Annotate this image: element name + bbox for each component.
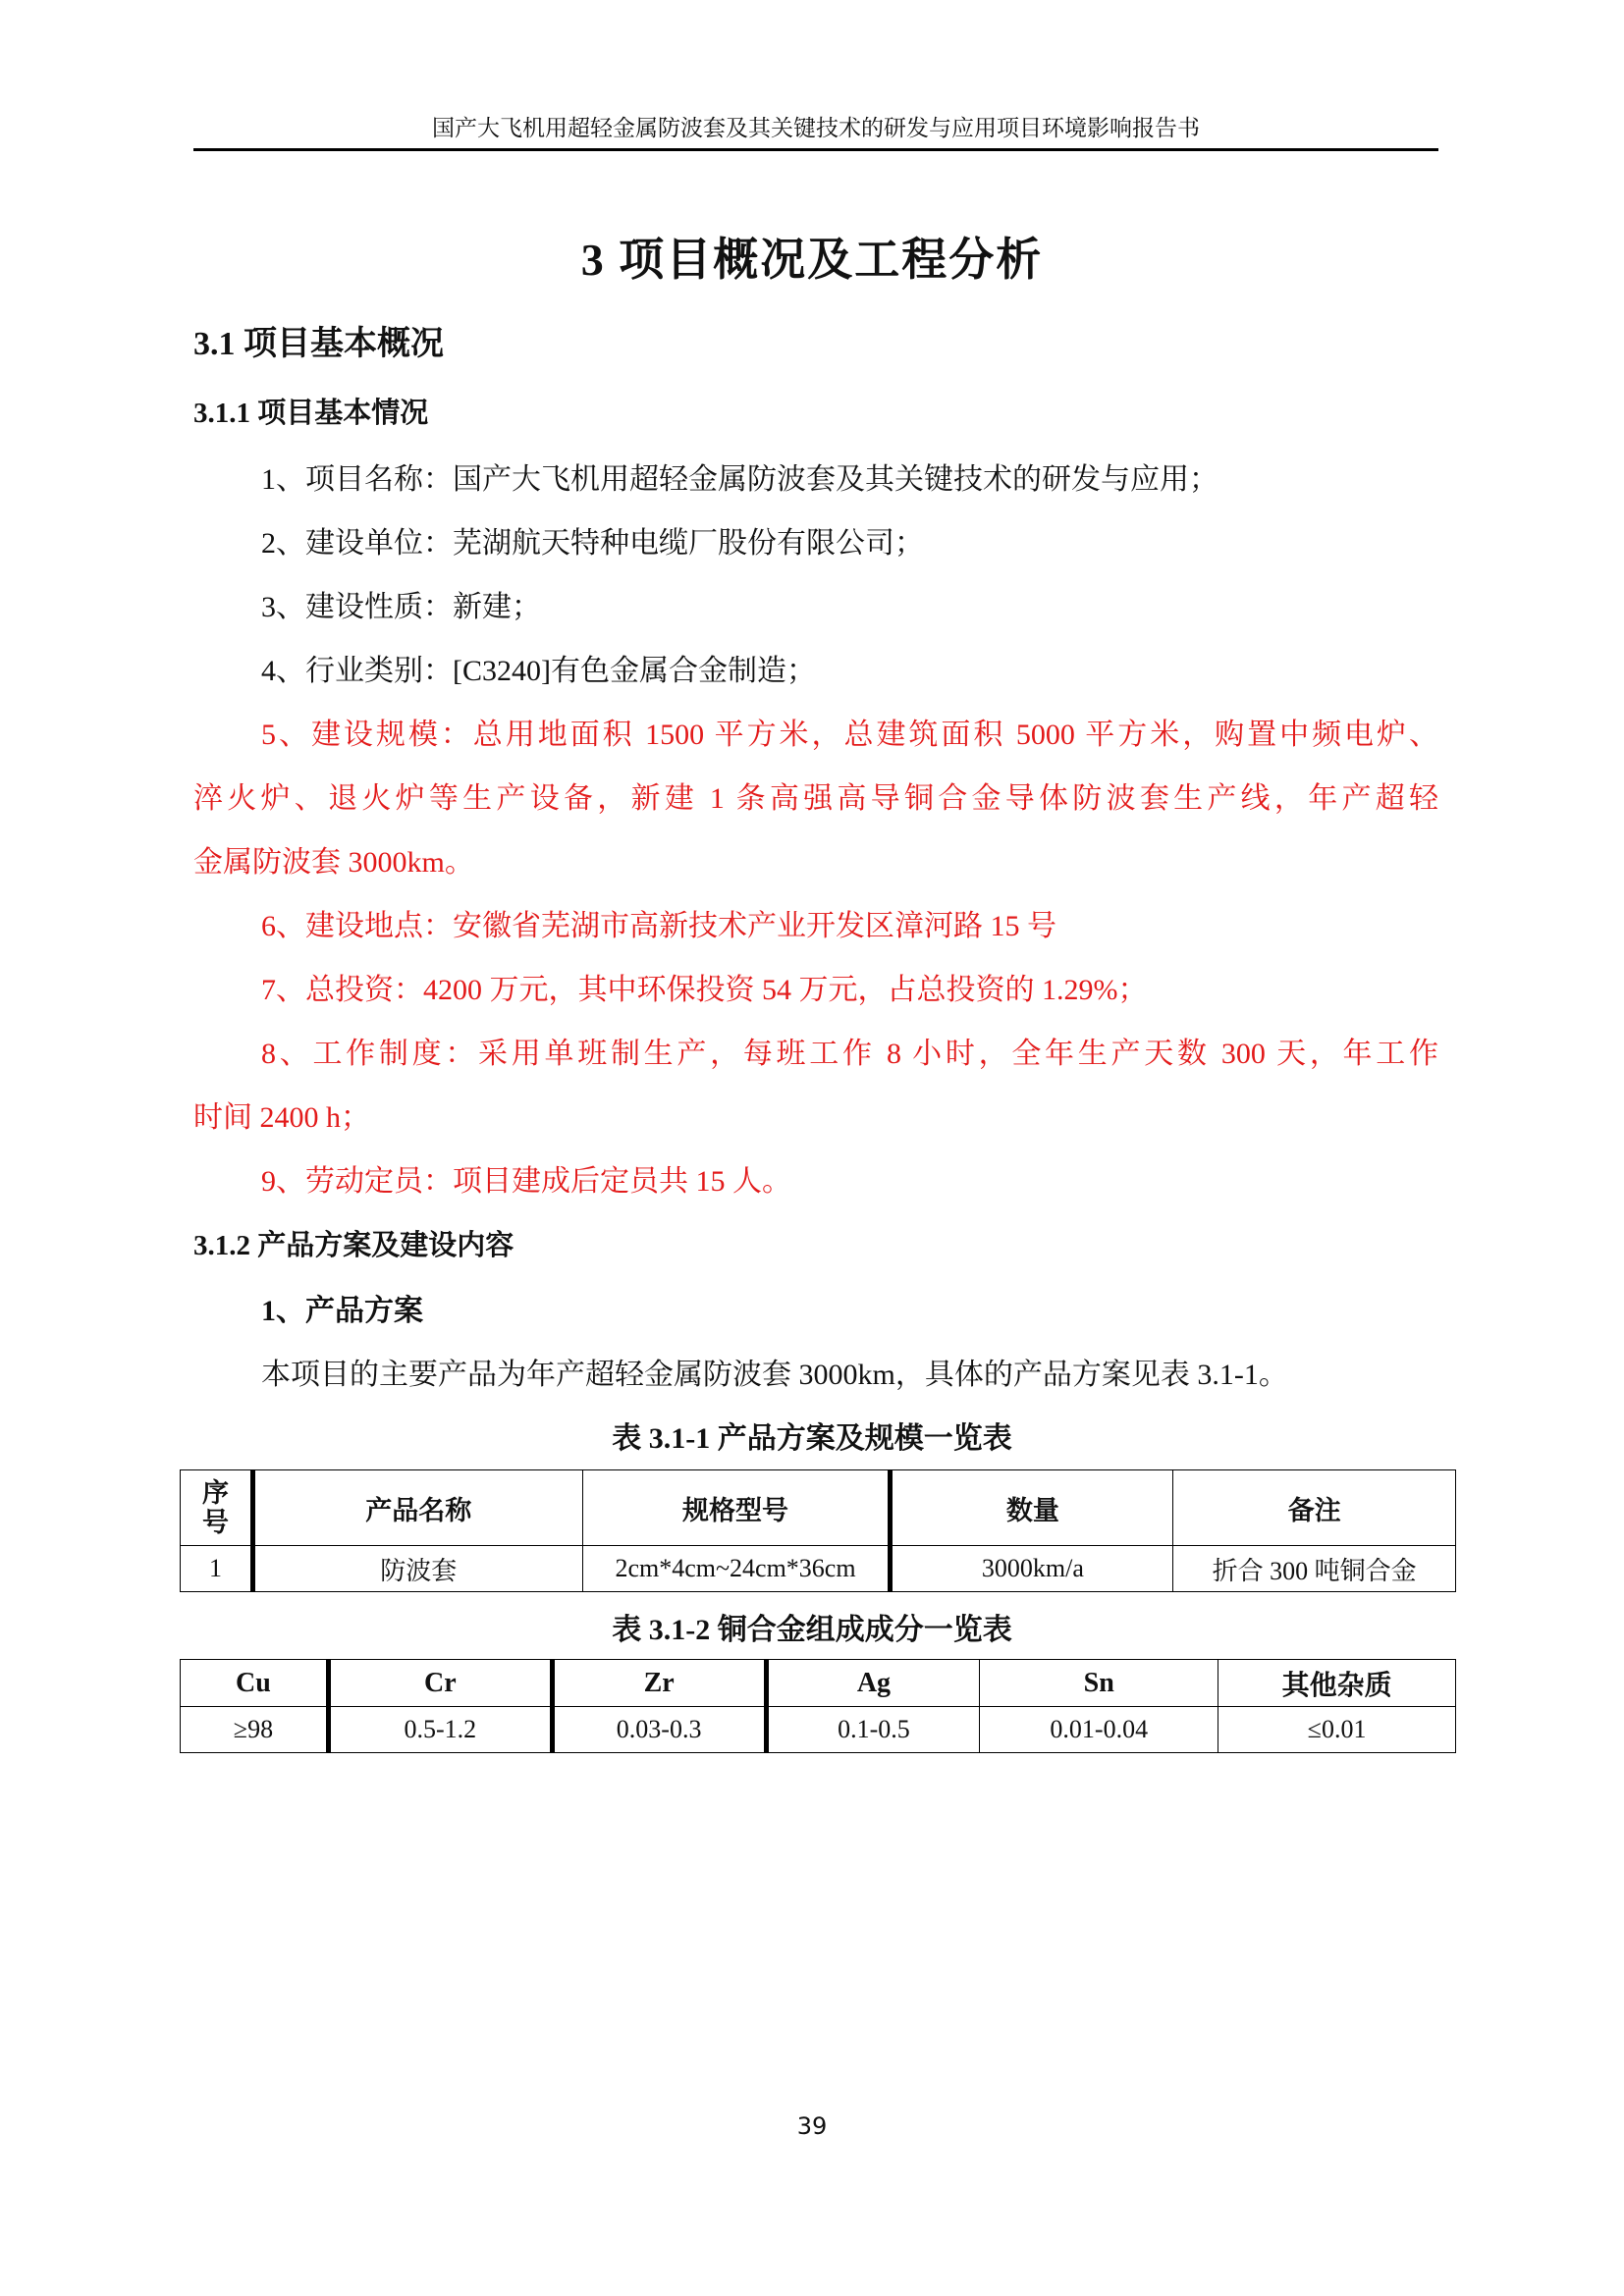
subsection-heading-3-1-2: 3.1.2 产品方案及建设内容 [193, 1223, 514, 1263]
section-heading-3-1: 3.1 项目基本概况 [193, 316, 444, 364]
header-seq-line-2: 号 [181, 1508, 250, 1537]
item-construction-unit: 2、建设单位：芜湖航天特种电缆厂股份有限公司； [261, 518, 924, 561]
header-product-name: 产品名称 [252, 1470, 582, 1546]
chapter-title: 3 项目概况及工程分析 [0, 224, 1624, 289]
header-specification: 规格型号 [582, 1470, 891, 1546]
cell-remarks: 折合 300 吨铜合金 [1173, 1546, 1456, 1592]
cell-seq: 1 [181, 1546, 253, 1592]
item-construction-nature: 3、建设性质：新建； [261, 582, 541, 625]
cell-cu: ≥98 [181, 1707, 329, 1753]
cell-zr: 0.03-0.3 [552, 1707, 766, 1753]
running-header: 国产大飞机用超轻金属防波套及其关键技术的研发与应用项目环境影响报告书 [193, 110, 1438, 142]
header-zr: Zr [552, 1660, 766, 1707]
header-sn: Sn [980, 1660, 1218, 1707]
alloy-composition-table: Cu Cr Zr Ag Sn 其他杂质 ≥98 0.5-1.2 0.03-0.3… [180, 1659, 1456, 1753]
item-work-system-line-1: 8、工作制度：采用单班制生产，每班工作 8 小时，全年生产天数 300 天，年工… [261, 1029, 1438, 1072]
item-construction-scale-line-2: 淬火炉、退火炉等生产设备，新建 1 条高强高导铜合金导体防波套生产线，年产超轻 [193, 774, 1438, 817]
item-project-name: 1、项目名称：国产大飞机用超轻金属防波套及其关键技术的研发与应用； [261, 454, 1218, 498]
header-seq-line-1: 序 [181, 1478, 250, 1508]
item-total-investment: 7、总投资：4200 万元，其中环保投资 54 万元，占总投资的 1.29%； [261, 965, 1148, 1008]
header-cu: Cu [181, 1660, 329, 1707]
header-rule [193, 148, 1438, 151]
header-other-impurities: 其他杂质 [1218, 1660, 1456, 1707]
table-header-row: Cu Cr Zr Ag Sn 其他杂质 [181, 1660, 1456, 1707]
cell-specification: 2cm*4cm~24cm*36cm [582, 1546, 891, 1592]
header-seq: 序 号 [181, 1470, 253, 1546]
table-row: 1 防波套 2cm*4cm~24cm*36cm 3000km/a 折合 300 … [181, 1546, 1456, 1592]
cell-quantity: 3000km/a [891, 1546, 1173, 1592]
header-cr: Cr [328, 1660, 552, 1707]
item-work-system-line-2: 时间 2400 h； [193, 1093, 370, 1136]
page-number: 39 [0, 2112, 1624, 2140]
header-ag: Ag [766, 1660, 980, 1707]
header-quantity: 数量 [891, 1470, 1173, 1546]
cell-product-name: 防波套 [252, 1546, 582, 1592]
cell-sn: 0.01-0.04 [980, 1707, 1218, 1753]
table-header-row: 序 号 产品名称 规格型号 数量 备注 [181, 1470, 1456, 1546]
table-3-1-1-caption: 表 3.1-1 产品方案及规模一览表 [0, 1414, 1624, 1457]
product-scheme-paragraph: 本项目的主要产品为年产超轻金属防波套 3000km，具体的产品方案见表 3.1-… [261, 1350, 1288, 1393]
cell-ag: 0.1-0.5 [766, 1707, 980, 1753]
item-industry-category: 4、行业类别：[C3240]有色金属合金制造； [261, 646, 816, 689]
item-construction-scale-line-1: 5、建设规模：总用地面积 1500 平方米，总建筑面积 5000 平方米，购置中… [261, 710, 1438, 753]
item-staffing: 9、劳动定员：项目建成后定员共 15 人。 [261, 1156, 791, 1200]
product-scheme-table: 序 号 产品名称 规格型号 数量 备注 1 防波套 2cm*4cm~24cm*3… [180, 1469, 1456, 1592]
item-construction-scale-line-3: 金属防波套 3000km。 [193, 837, 474, 881]
table-3-1-2-caption: 表 3.1-2 铜合金组成成分一览表 [0, 1605, 1624, 1648]
item-construction-location: 6、建设地点：安徽省芜湖市高新技术产业开发区漳河路 15 号 [261, 901, 1056, 944]
subsection-heading-3-1-1: 3.1.1 项目基本情况 [193, 391, 428, 431]
cell-other-impurities: ≤0.01 [1218, 1707, 1456, 1753]
cell-cr: 0.5-1.2 [328, 1707, 552, 1753]
header-remarks: 备注 [1173, 1470, 1456, 1546]
product-scheme-heading: 1、产品方案 [261, 1286, 423, 1329]
table-row: ≥98 0.5-1.2 0.03-0.3 0.1-0.5 0.01-0.04 ≤… [181, 1707, 1456, 1753]
